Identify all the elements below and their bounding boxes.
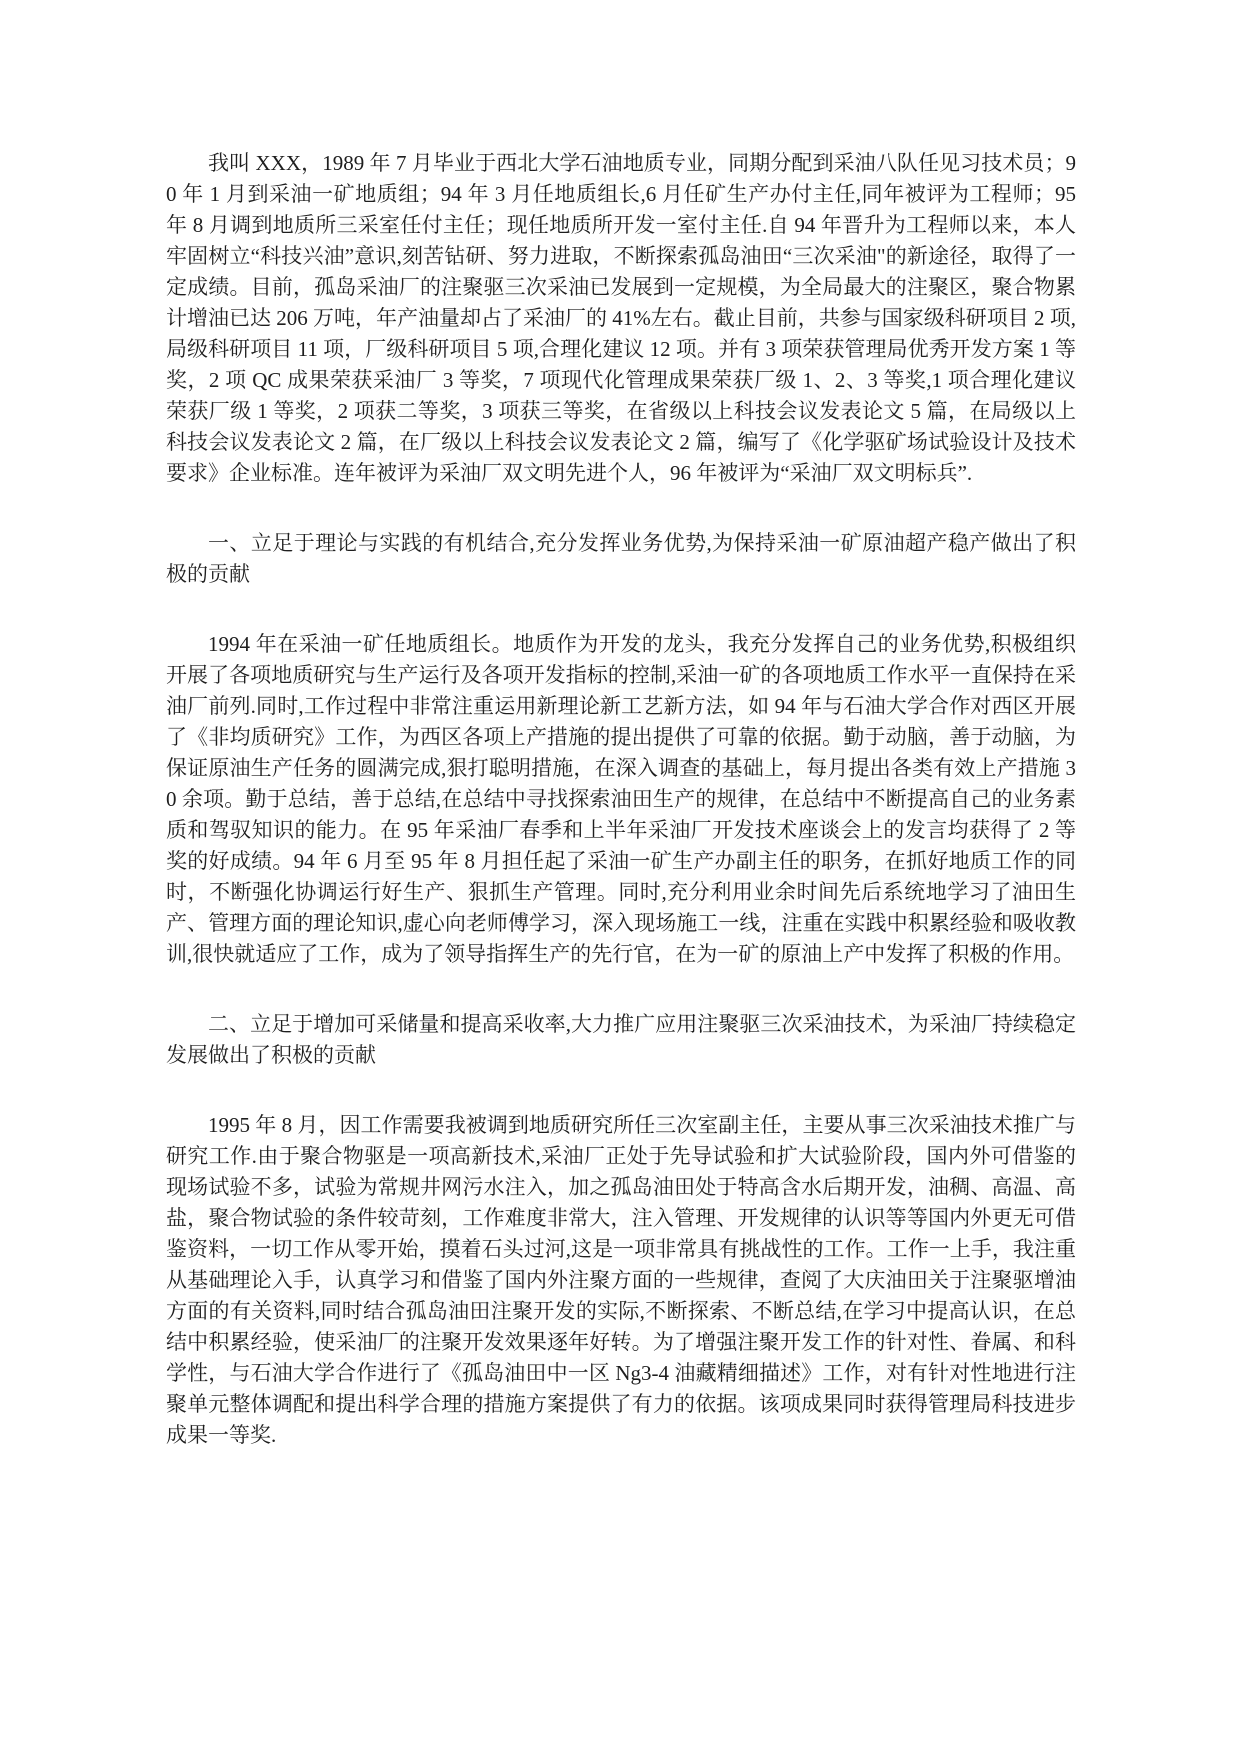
section-1-heading: 一、立足于理论与实践的有机结合,充分发挥业务优势,为保持采油一矿原油超产稳产做出… bbox=[166, 528, 1076, 590]
intro-paragraph: 我叫 XXX，1989 年 7 月毕业于西北大学石油地质专业，同期分配到采油八队… bbox=[166, 148, 1076, 489]
document-page: 我叫 XXX，1989 年 7 月毕业于西北大学石油地质专业，同期分配到采油八队… bbox=[0, 0, 1241, 1754]
section-2-heading: 二、立足于增加可采储量和提高采收率,大力推广应用注聚驱三次采油技术，为采油厂持续… bbox=[166, 1009, 1076, 1071]
section-2-paragraph: 1995 年 8 月，因工作需要我被调到地质研究所任三次室副主任，主要从事三次采… bbox=[166, 1110, 1076, 1451]
section-1-paragraph: 1994 年在采油一矿任地质组长。地质作为开发的龙头，我充分发挥自己的业务优势,… bbox=[166, 629, 1076, 970]
